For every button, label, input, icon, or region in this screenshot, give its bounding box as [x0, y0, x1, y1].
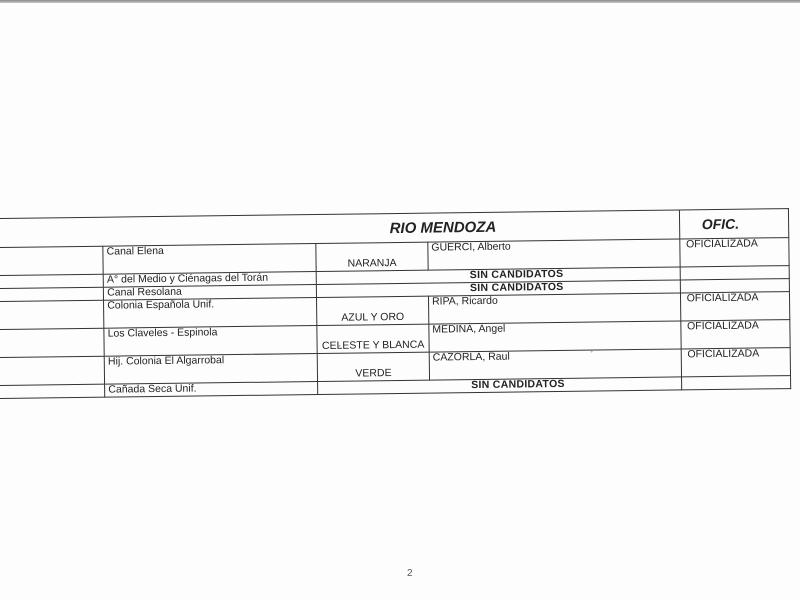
district-cell: Colonia Española Unif.: [104, 298, 317, 329]
blank-cell: [0, 384, 105, 398]
list-cell: NARANJA: [316, 242, 428, 271]
blank-cell: [0, 300, 104, 329]
scan-speck: [591, 351, 593, 353]
status-column-header: OFIC.: [679, 209, 789, 239]
district-cell: Canal Elena: [103, 244, 316, 275]
candidates-table: RIO MENDOZA OFIC. Canal Elena NARANJA GU…: [0, 208, 791, 399]
blank-cell: [0, 328, 104, 357]
blank-cell: [0, 246, 103, 275]
status-cell: OFICIALIZADA: [680, 292, 790, 321]
list-cell: VERDE: [317, 352, 429, 381]
list-cell: CELESTE Y BLANCA: [317, 324, 429, 353]
blank-cell: [0, 356, 105, 385]
status-cell: OFICIALIZADA: [681, 320, 791, 349]
scan-speck: [339, 345, 341, 347]
status-cell: OFICIALIZADA: [679, 238, 789, 267]
candidate-cell: RIPA, Ricardo: [428, 293, 680, 324]
list-cell: AZUL Y ORO: [317, 296, 429, 325]
status-cell: [681, 376, 790, 390]
status-cell: OFICIALIZADA: [681, 348, 791, 377]
candidate-cell: MEDINA, Angel: [429, 321, 681, 352]
candidate-cell: CAZORLA, Raul: [429, 349, 681, 380]
district-cell: Los Claveles - Espinola: [104, 326, 317, 357]
document-page: RIO MENDOZA OFIC. Canal Elena NARANJA GU…: [0, 0, 800, 600]
candidate-cell: GUERCI, Alberto: [428, 239, 680, 270]
district-cell: Cañada Seca Unif.: [105, 382, 318, 398]
page-number: 2: [407, 568, 413, 579]
district-cell: Hij. Colonia El Algarrobal: [104, 354, 317, 385]
